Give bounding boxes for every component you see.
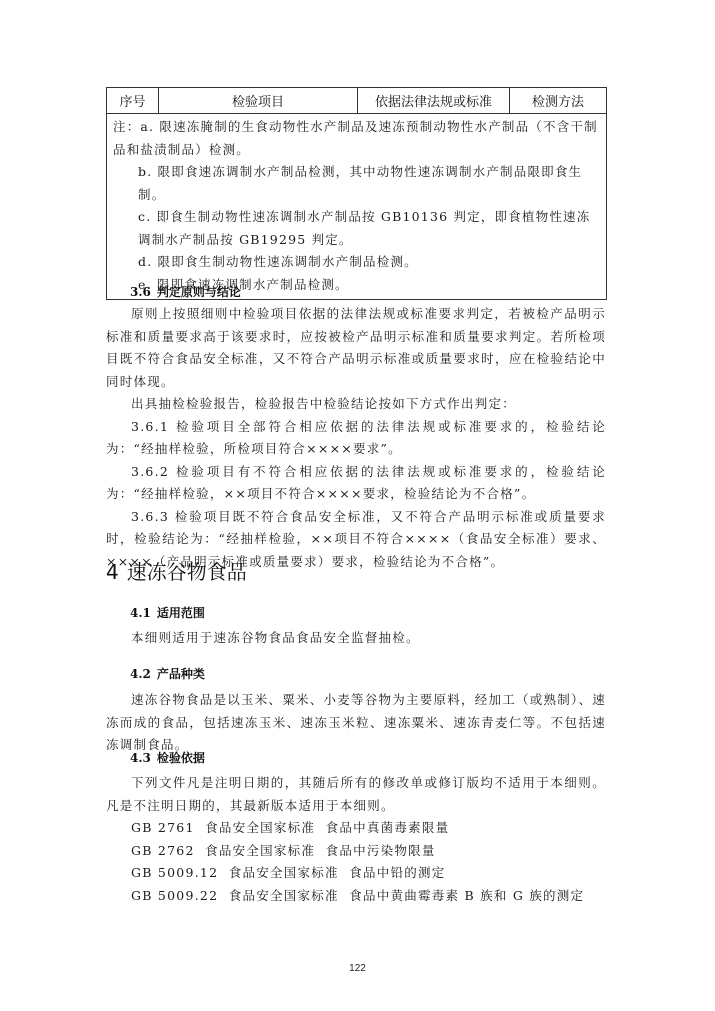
page-number: 122 <box>0 963 715 974</box>
table-header-serial: 序号 <box>107 88 159 113</box>
table-note-b: b. 限即食速冻调制水产制品检测，其中动物性速冻调制水产制品限即食生制。 <box>113 161 600 206</box>
section-title: 检验依据 <box>157 751 205 765</box>
section-4-2-body: 速冻谷物食品是以玉米、粟米、小麦等谷物为主要原料，经加工（或熟制）、速冻而成的食… <box>106 689 606 757</box>
paragraph: 3.6.2 检验项目有不符合相应依据的法律法规或标准要求的，检验结论为：“经抽样… <box>106 461 606 506</box>
standard-reference: GB 2761 食品安全国家标准 食品中真菌毒素限量 <box>106 817 606 840</box>
chapter-heading-4: 4速冻谷物食品 <box>106 556 247 585</box>
table-header-row: 序号 检验项目 依据法律法规或标准 检测方法 <box>107 88 606 114</box>
document-page: 序号 检验项目 依据法律法规或标准 检测方法 注：a. 限速冻腌制的生食动物性水… <box>0 0 715 1011</box>
paragraph: 原则上按照细则中检验项目依据的法律法规或标准要求判定，若被检产品明示标准和质量要… <box>106 303 606 393</box>
section-number: 3.6 <box>130 285 151 299</box>
table-note-c: c. 即食生制动物性速冻调制水产制品按 GB10136 判定，即食植物性速冻调制… <box>113 206 600 251</box>
section-heading-3-6: 3.6判定原则与结论 <box>130 283 241 300</box>
section-heading-4-3: 4.3检验依据 <box>130 749 205 766</box>
section-number: 4.3 <box>130 751 151 765</box>
paragraph: 下列文件凡是注明日期的，其随后所有的修改单或修订版均不适用于本细则。凡是不注明日… <box>106 772 606 817</box>
table-header-standard: 依据法律法规或标准 <box>358 88 510 113</box>
table-note-d: d. 限即食生制动物性速冻调制水产制品检测。 <box>113 251 600 274</box>
section-number: 4.2 <box>130 667 151 681</box>
table-notes: 注：a. 限速冻腌制的生食动物性水产制品及速冻预制动物性水产制品（不含干制品和盐… <box>107 114 606 299</box>
paragraph: 出具抽检检验报告，检验报告中检验结论按如下方式作出判定： <box>106 393 606 416</box>
standard-reference: GB 5009.22 食品安全国家标准 食品中黄曲霉毒素 B 族和 G 族的测定 <box>106 885 606 908</box>
paragraph: 速冻谷物食品是以玉米、粟米、小麦等谷物为主要原料，经加工（或熟制）、速冻而成的食… <box>106 689 606 757</box>
standard-reference: GB 5009.12 食品安全国家标准 食品中铅的测定 <box>106 862 606 885</box>
inspection-table: 序号 检验项目 依据法律法规或标准 检测方法 注：a. 限速冻腌制的生食动物性水… <box>106 87 607 300</box>
section-title: 适用范围 <box>157 606 205 620</box>
chapter-number: 4 <box>106 560 119 584</box>
section-4-1-body: 本细则适用于速冻谷物食品食品安全监督抽检。 <box>106 627 606 650</box>
table-header-method: 检测方法 <box>510 88 606 113</box>
chapter-title: 速冻谷物食品 <box>127 560 247 584</box>
section-heading-4-1: 4.1适用范围 <box>130 604 205 621</box>
table-note-a: 注：a. 限速冻腌制的生食动物性水产制品及速冻预制动物性水产制品（不含干制品和盐… <box>113 116 600 161</box>
section-heading-4-2: 4.2产品种类 <box>130 665 205 682</box>
section-3-6-body: 原则上按照细则中检验项目依据的法律法规或标准要求判定，若被检产品明示标准和质量要… <box>106 303 606 573</box>
section-4-3-body: 下列文件凡是注明日期的，其随后所有的修改单或修订版均不适用于本细则。凡是不注明日… <box>106 772 606 907</box>
table-header-item: 检验项目 <box>159 88 358 113</box>
section-title: 判定原则与结论 <box>157 285 241 299</box>
standard-reference: GB 2762 食品安全国家标准 食品中污染物限量 <box>106 840 606 863</box>
paragraph: 3.6.1 检验项目全部符合相应依据的法律法规或标准要求的，检验结论为：“经抽样… <box>106 416 606 461</box>
section-number: 4.1 <box>130 606 151 620</box>
paragraph: 本细则适用于速冻谷物食品食品安全监督抽检。 <box>106 627 606 650</box>
section-title: 产品种类 <box>157 667 205 681</box>
